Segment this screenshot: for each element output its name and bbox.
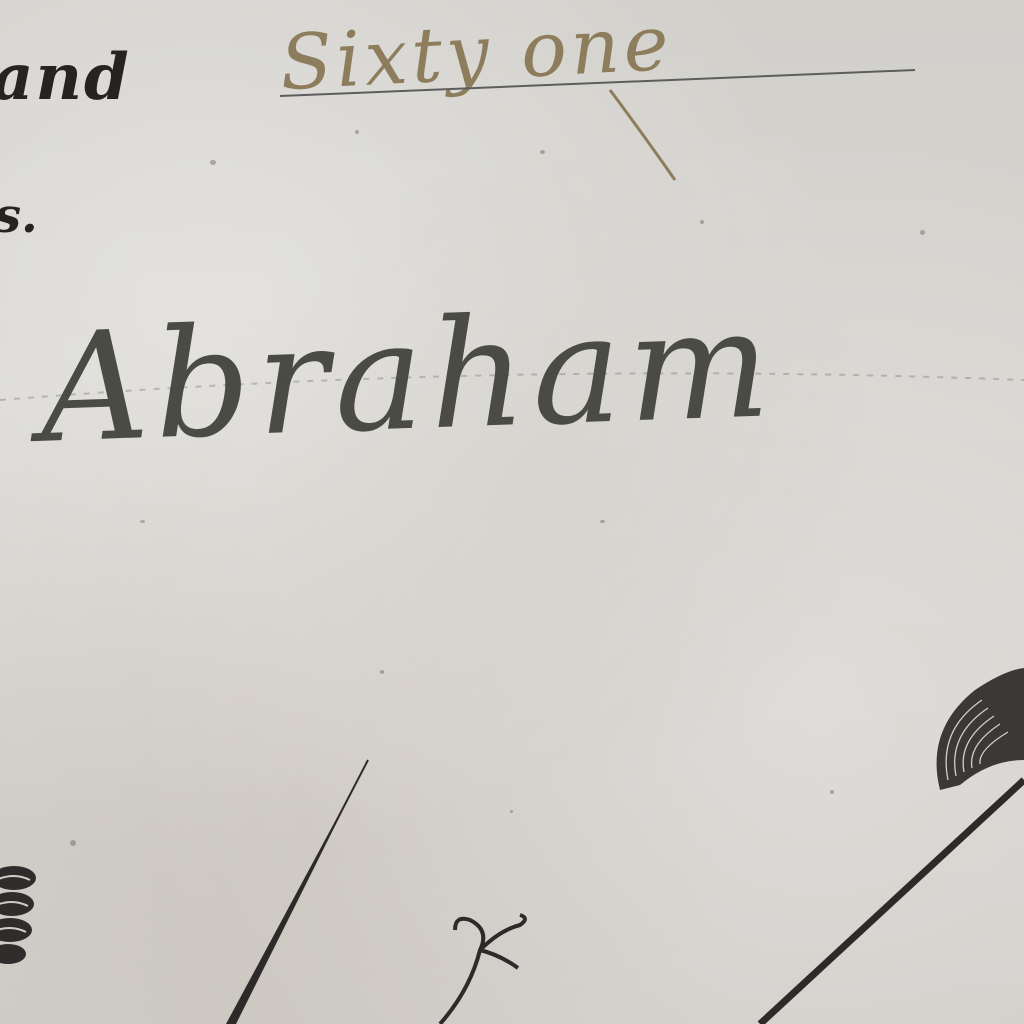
- fleur-ornament-icon: [440, 915, 525, 1024]
- amount-underline: [280, 70, 915, 96]
- axe-icon: [760, 668, 1024, 1024]
- engraved-illustrations: [0, 0, 1024, 1024]
- spear-icon: [226, 760, 368, 1024]
- coil-ornament-icon: [0, 866, 36, 964]
